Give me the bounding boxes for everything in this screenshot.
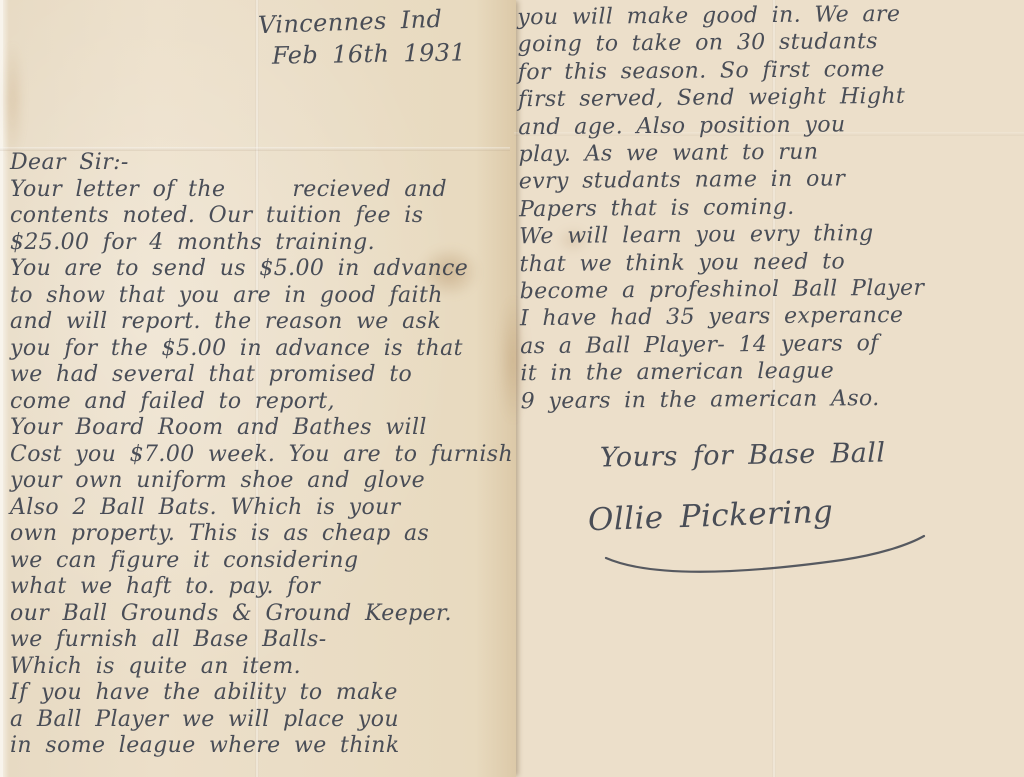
handwritten-line: first served, Send weight Hight <box>518 82 1023 114</box>
handwritten-line: evry studants name in our <box>519 164 1024 196</box>
handwritten-line: You are to send us $5.00 in advance <box>10 256 515 283</box>
handwritten-line: and age. Also position you <box>518 109 1023 141</box>
left-page-text: Dear Sir:- Your letter of the recieved a… <box>10 150 515 760</box>
handwritten-line: going to take on 30 studants <box>517 27 1022 59</box>
handwritten-line: Papers that is coming. <box>519 192 1024 224</box>
letter-scan: { "colors": { "paper": "#eaddc6", "ink":… <box>0 0 1024 777</box>
handwritten-line: that we think you need to <box>519 246 1024 278</box>
handwritten-line: you will make good in. We are <box>517 0 1022 32</box>
signature-underline-flourish <box>592 528 932 580</box>
handwritten-line: play. As we want to run <box>518 137 1023 169</box>
handwritten-line: If you have the ability to make <box>10 680 515 707</box>
handwritten-line: become a profeshinol Ball Player <box>520 274 1024 306</box>
handwritten-line: Your Board Room and Bathes will <box>10 415 515 442</box>
handwritten-line: Which is quite an item. <box>10 654 515 681</box>
handwritten-line: what we haft to. pay. for <box>10 574 515 601</box>
handwritten-line: and will report. the reason we ask <box>10 309 515 336</box>
right-page-text: you will make good in. We are going to t… <box>517 0 1024 415</box>
handwritten-line: come and failed to report, <box>10 389 515 416</box>
handwritten-line: own property. This is as cheap as <box>10 521 515 548</box>
letter-date: Feb 16th 1931 <box>272 38 467 69</box>
handwritten-line: your own uniform shoe and glove <box>10 468 515 495</box>
handwritten-line: to show that you are in good faith <box>10 283 515 310</box>
handwritten-line: Cost you $7.00 week. You are to furnish <box>10 442 515 469</box>
handwritten-line: we can figure it considering <box>10 548 515 575</box>
handwritten-line: it in the american league <box>520 356 1024 388</box>
handwritten-line: We will learn you evry thing <box>519 219 1024 251</box>
handwritten-line: $25.00 for 4 months training. <box>10 230 515 257</box>
handwritten-line: 9 years in the american Aso. <box>521 383 1024 415</box>
handwritten-line: Dear Sir:- <box>10 150 515 177</box>
handwritten-line: in some league where we think <box>10 733 515 760</box>
handwritten-line: Also 2 Ball Bats. Which is your <box>10 495 515 522</box>
handwritten-line: you for the $5.00 in advance is that <box>10 336 515 363</box>
handwritten-line: Your letter of the recieved and <box>10 177 515 204</box>
handwritten-line: we furnish all Base Balls- <box>10 627 515 654</box>
letter-closing: Yours for Base Ball <box>600 438 886 474</box>
handwritten-line: I have had 35 years experance <box>520 301 1024 333</box>
handwritten-line: for this season. So first come <box>518 55 1023 87</box>
handwritten-line: contents noted. Our tuition fee is <box>10 203 515 230</box>
handwritten-line: a Ball Player we will place you <box>10 707 515 734</box>
handwritten-line: we had several that promised to <box>10 362 515 389</box>
handwritten-line: as a Ball Player- 14 years of <box>520 329 1024 361</box>
paper-stain <box>2 40 24 160</box>
handwritten-line: our Ball Grounds & Ground Keeper. <box>10 601 515 628</box>
